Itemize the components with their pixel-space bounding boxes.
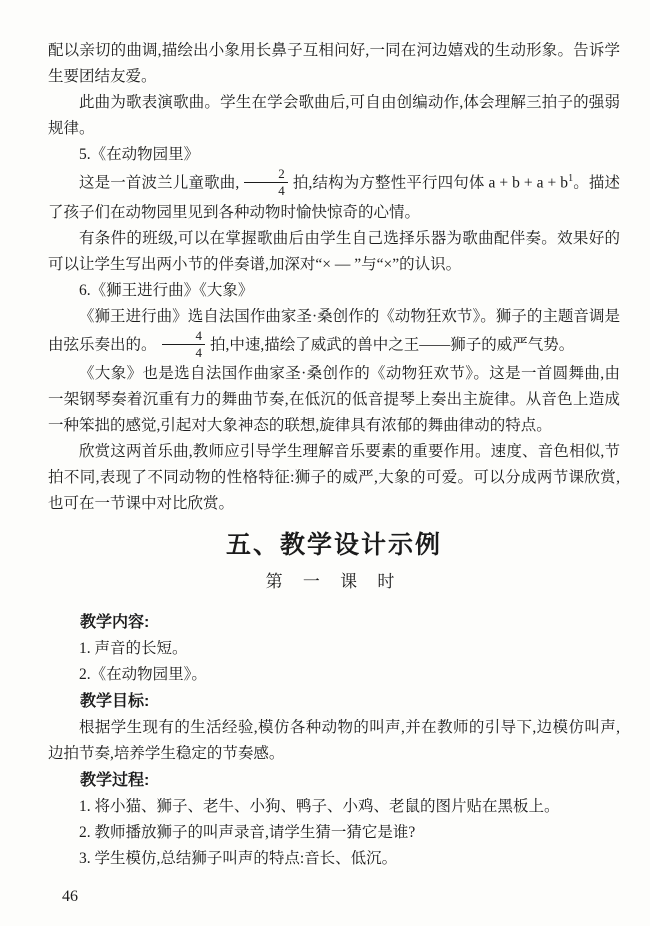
teaching-process-item-3: 3. 学生模仿,总结狮子叫声的特点:音长、低沉。 xyxy=(48,846,620,872)
teaching-content-item-2: 2.《在动物园里》。 xyxy=(48,662,620,688)
lion-desc-post: 拍,中速,描绘了威武的兽中之王——狮子的威严气势。 xyxy=(210,336,574,353)
teaching-content-item-1: 1. 声音的长短。 xyxy=(48,636,620,662)
song5-desc-mid: 拍,结构为方整性平行四句体 a + b + a + b xyxy=(293,174,568,191)
time-signature-2-4: 24 xyxy=(244,167,288,199)
meter-denominator: 4 xyxy=(162,345,206,360)
teaching-process-item-1: 1. 将小猫、狮子、老牛、小狗、鸭子、小鸡、老鼠的图片贴在黑板上。 xyxy=(48,794,620,820)
page-content: 配以亲切的曲调,描绘出小象用长鼻子互相问好,一同在河边嬉戏的生动形象。告诉学生要… xyxy=(0,0,650,872)
teaching-goal-label: 教学目标: xyxy=(48,688,620,715)
song5-description: 这是一首波兰儿童歌曲,24拍,结构为方整性平行四句体 a + b + a + b… xyxy=(48,168,620,226)
song5-accompaniment-tip: 有条件的班级,可以在掌握歌曲后由学生自己选择乐器为歌曲配伴奏。效果好的可以让学生… xyxy=(48,226,620,278)
section-heading-teaching-design: 五、教学设计示例 xyxy=(48,533,620,559)
teaching-content-label: 教学内容: xyxy=(48,609,620,636)
lion-march-description: 《狮王进行曲》选自法国作曲家圣·桑创作的《动物狂欢节》。狮子的主题音调是由弦乐奏… xyxy=(48,304,620,362)
teaching-process-item-2: 2. 教师播放狮子的叫声录音,请学生猜一猜它是谁? xyxy=(48,820,620,846)
elephant-description: 《大象》也是选自法国作曲家圣·桑创作的《动物狂欢节》。这是一首圆舞曲,由一架钢琴… xyxy=(48,361,620,439)
paragraph-performance-note: 此曲为歌表演歌曲。学生在学会歌曲后,可自由创编动作,体会理解三拍子的强弱规律。 xyxy=(48,90,620,142)
song5-title: 5.《在动物园里》 xyxy=(48,142,620,168)
teaching-process-label: 教学过程: xyxy=(48,767,620,794)
scanned-book-page: 配以亲切的曲调,描绘出小象用长鼻子互相问好,一同在河边嬉戏的生动形象。告诉学生要… xyxy=(0,0,650,926)
meter-numerator: 4 xyxy=(162,329,206,345)
teaching-goal-text: 根据学生现有的生活经验,模仿各种动物的叫声,并在教师的引导下,边模仿叫声,边拍节… xyxy=(48,715,620,767)
song5-desc-pre: 这是一首波兰儿童歌曲, xyxy=(79,174,239,191)
page-number: 46 xyxy=(62,888,78,906)
song6-title: 6.《狮王进行曲》《大象》 xyxy=(48,278,620,304)
time-signature-4-4: 44 xyxy=(162,329,206,361)
meter-denominator: 4 xyxy=(244,183,288,198)
paragraph-song-continuation: 配以亲切的曲调,描绘出小象用长鼻子互相问好,一同在河边嬉戏的生动形象。告诉学生要… xyxy=(48,38,620,90)
meter-numerator: 2 xyxy=(244,167,288,183)
lesson-one-subheading: 第 一 课 时 xyxy=(48,569,620,595)
appreciation-guidance: 欣赏这两首乐曲,教师应引导学生理解音乐要素的重要作用。速度、音色相似,节拍不同,… xyxy=(48,439,620,517)
